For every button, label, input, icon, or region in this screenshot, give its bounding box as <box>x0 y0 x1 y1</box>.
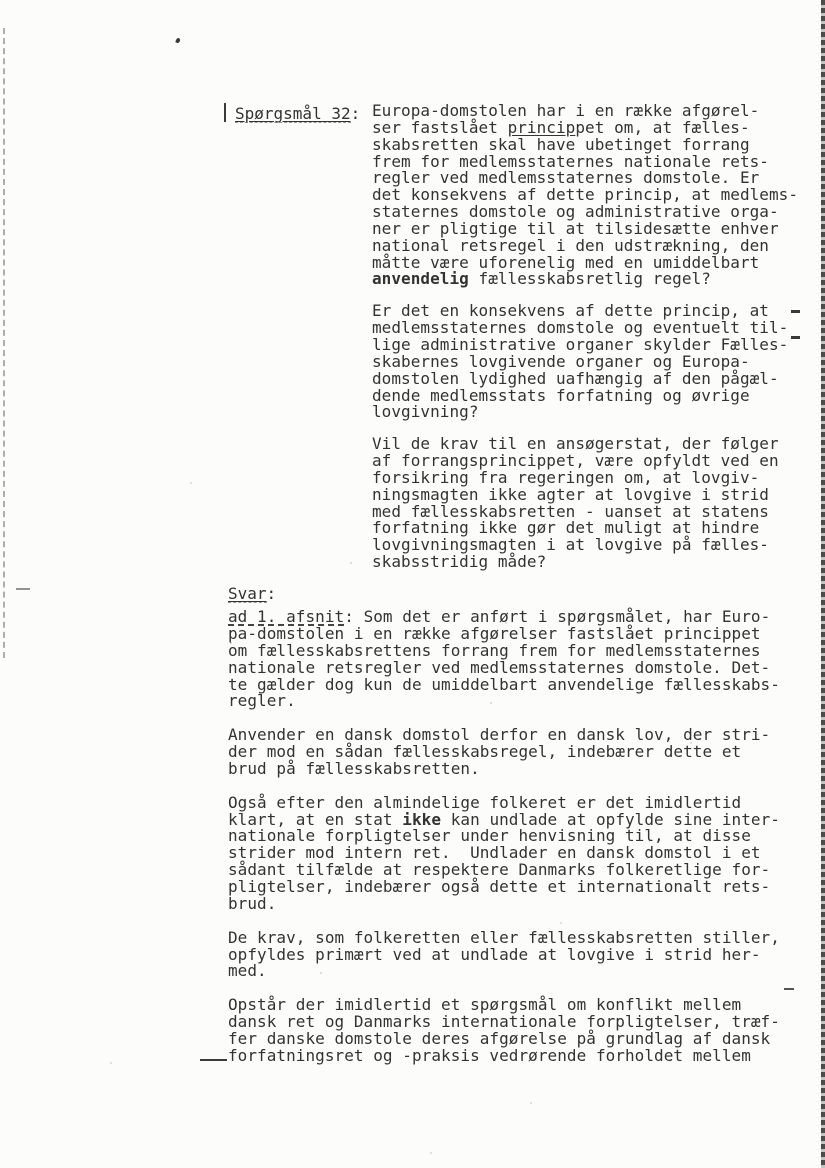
text-line: domstolen lydighed uafhængig af den pågæ… <box>372 371 818 388</box>
answer-heading-text: Svar <box>228 586 267 603</box>
text-line: te gælder dog kun de umiddelbart anvende… <box>228 677 812 694</box>
paragraph: Europa-domstolen har i en række afgørel-… <box>372 103 818 288</box>
paragraph: Opstår der imidlertid et spørgsmål om ko… <box>228 997 812 1064</box>
answer-heading-colon: : <box>267 584 277 603</box>
correction-dash <box>200 1059 227 1061</box>
text-line: opfyldes primært ved at undlade at lovgi… <box>228 947 812 964</box>
paragraph: ad 1. afsnit: Som det er anført i spørgs… <box>228 609 812 710</box>
ink-speck <box>175 37 180 43</box>
scan-edge-left-artifact <box>3 28 5 658</box>
text-line: lovgivning? <box>372 404 818 421</box>
left-margin-dash <box>16 588 30 590</box>
answer-section: Svar: ad 1. afsnit: Som det er anført i … <box>228 586 812 1082</box>
text-line: brud. <box>228 896 812 913</box>
paragraph: Er det en konsekvens af dette princip, a… <box>372 303 818 421</box>
text-line: skabsstridig måde? <box>372 554 818 571</box>
text-line: anvendelig fællesskabsretlig regel? <box>372 271 818 288</box>
text-line: brud på fællesskabsretten. <box>228 761 812 778</box>
paragraph: Vil de krav til en ansøgerstat, der følg… <box>372 436 818 571</box>
scan-edge-right-artifact <box>821 0 825 1168</box>
question-label-text: Spørgsmål 32 <box>235 106 351 123</box>
question-label-column: Spørgsmål 32: <box>224 103 372 586</box>
text-line: nationale retsregler ved medlemsstaterne… <box>228 660 812 677</box>
paragraph: Anvender en dansk domstol derfor en dans… <box>228 727 812 778</box>
question-label-colon: : <box>351 104 361 123</box>
question-text-column: Europa-domstolen har i en række afgørel-… <box>372 103 818 586</box>
text-line: skabsretten skal have ubetinget forrang <box>372 137 818 154</box>
text-line: De krav, som folkeretten eller fællesska… <box>228 930 812 947</box>
text-line: forfatningsret og -praksis vedrørende fo… <box>228 1048 812 1065</box>
scanned-document-page: Spørgsmål 32: Europa-domstolen har i en … <box>0 0 825 1168</box>
text-line: med. <box>228 963 812 980</box>
question-section: Spørgsmål 32: Europa-domstolen har i en … <box>224 103 818 586</box>
paragraph: Også efter den almindelige folkeret er d… <box>228 795 812 913</box>
answer-heading: Svar: <box>228 586 812 603</box>
text-line: pligtelser, indebærer også dette et inte… <box>228 879 812 896</box>
answer-text: ad 1. afsnit: Som det er anført i spørgs… <box>228 609 812 1065</box>
text-line: regler. <box>228 693 812 710</box>
paragraph: De krav, som folkeretten eller fællesska… <box>228 930 812 981</box>
question-label: Spørgsmål 32: <box>235 104 360 123</box>
margin-bar-mark <box>224 103 226 122</box>
